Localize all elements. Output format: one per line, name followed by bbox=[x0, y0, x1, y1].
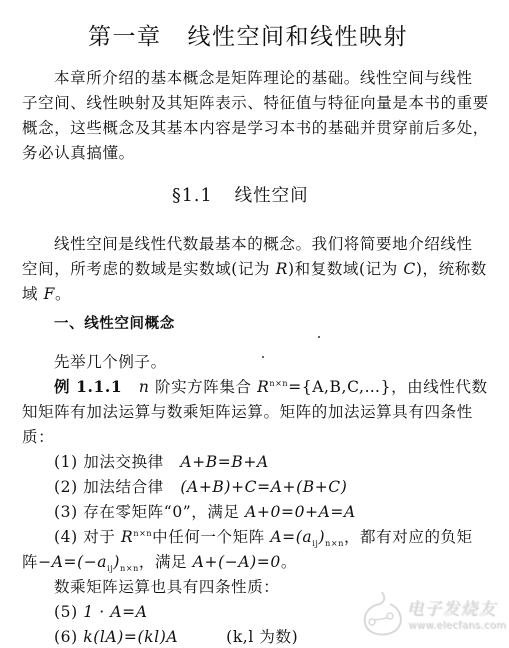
section-para-line-2: 空间，所考虑的数域是实数域(记为 R)和复数域(记为 C)，统称数 bbox=[22, 259, 487, 279]
text-span: 中任何一个矩阵 bbox=[152, 528, 270, 546]
watermark: 电子发烧友 www.elecfans.com bbox=[360, 588, 505, 644]
property-4: (4) 对于 Rn×n中任何一个矩阵 A=(aij)n×n，都有对应的负矩 bbox=[54, 527, 473, 547]
property-number: (2) bbox=[54, 478, 78, 496]
text-span: 空间，所考虑的数域是实数域(记为 bbox=[22, 260, 276, 278]
section-title: §1.1线性空间 bbox=[172, 184, 309, 208]
subscript: n×n bbox=[325, 539, 344, 548]
text-span: 。 bbox=[281, 553, 297, 571]
intro-line-4: 务必认真搞懂。 bbox=[22, 143, 135, 163]
text-span: 阵 bbox=[22, 553, 38, 571]
example-line-1: 例 1.1.1 n 阶实方阵集合 Rn×n={A,B,C,…}，由线性代数 bbox=[54, 377, 488, 397]
property-6: (6) k(lA)=(kl)A(k,l 为数) bbox=[54, 627, 298, 647]
chapter-number: 第一章 bbox=[88, 24, 162, 50]
property-number: (5) bbox=[54, 603, 78, 621]
watermark-brand: 电子发烧友 bbox=[406, 594, 496, 619]
elecfans-logo-icon bbox=[360, 588, 404, 638]
section-para-line-3: 域 F。 bbox=[22, 284, 71, 304]
example-label: 例 1.1.1 bbox=[54, 377, 122, 396]
property-2: (2) 加法结合律 (A+B)+C=A+(B+C) bbox=[54, 477, 347, 497]
document-page: 第一章线性空间和线性映射 本章所介绍的基本概念是矩阵理论的基础。线性空间与线性 … bbox=[0, 0, 509, 648]
text-span: )，统称数 bbox=[416, 260, 487, 278]
math-R: R bbox=[257, 378, 269, 396]
math-F: F bbox=[44, 285, 55, 303]
math-formula: A=(a bbox=[270, 528, 312, 546]
section-para-line-1: 线性空间是线性代数最基本的概念。我们将简要地介绍线性 bbox=[54, 234, 473, 254]
scalar-intro: 数乘矩阵运算也具有四条性质： bbox=[54, 577, 279, 597]
intro-line-2: 子空间、线性映射及其矩阵表示、特征值与特征向量是本书的重要 bbox=[22, 93, 489, 113]
intro-line-3: 概念，这些概念及其基本内容是学习本书的基础并贯穿前后多处， bbox=[22, 118, 489, 138]
subheading: 一、线性空间概念 bbox=[54, 314, 175, 334]
property-name: 加法交换律 bbox=[83, 453, 164, 471]
example-line-2: 知矩阵有加法运算与数乘矩阵运算。矩阵的加法运算具有四条性 bbox=[22, 402, 473, 422]
property-1: (1) 加法交换律 A+B=B+A bbox=[54, 452, 269, 472]
scan-speck bbox=[318, 336, 320, 338]
property-formula: k(lA)=(kl)A bbox=[83, 628, 178, 646]
property-5: (5) 1 · A=A bbox=[54, 602, 148, 622]
property-note: (k,l 为数) bbox=[226, 628, 298, 646]
watermark-url: www.elecfans.com bbox=[408, 620, 506, 631]
property-formula: A+B=B+A bbox=[180, 453, 268, 471]
intro-line-1: 本章所介绍的基本概念是矩阵理论的基础。线性空间与线性 bbox=[54, 68, 473, 88]
superscript: n×n bbox=[269, 379, 288, 388]
section-name: 线性空间 bbox=[235, 186, 309, 206]
property-formula: (A+B)+C=A+(B+C) bbox=[180, 478, 347, 496]
math-C: C bbox=[403, 260, 415, 278]
math-formula: −A=(−a bbox=[38, 553, 107, 571]
subscript: n×n bbox=[120, 564, 139, 573]
property-number: (6) bbox=[54, 628, 78, 646]
property-4-continued: 阵−A=(−aij)n×n，满足 A+(−A)=0。 bbox=[22, 552, 297, 572]
math-n: n bbox=[139, 378, 150, 396]
property-number: (4) bbox=[54, 528, 78, 546]
text-span: 。 bbox=[55, 285, 71, 303]
lead-sentence: 先举几个例子。 bbox=[54, 352, 167, 372]
text-span: 对于 bbox=[83, 528, 121, 546]
text-span: ={A,B,C,…}，由线性代数 bbox=[288, 378, 487, 396]
example-line-3: 质： bbox=[22, 427, 54, 447]
superscript: n×n bbox=[133, 529, 152, 538]
property-formula: 1 · A=A bbox=[83, 603, 147, 621]
property-3: (3) 存在零矩阵“0”，满足 A+0=0+A=A bbox=[54, 502, 356, 522]
text-span: ，满足 bbox=[139, 553, 193, 571]
property-number: (1) bbox=[54, 453, 78, 471]
math-R: R bbox=[121, 528, 133, 546]
text-span: )和复数域(记为 bbox=[288, 260, 403, 278]
property-number: (3) bbox=[54, 503, 78, 521]
property-name: 存在零矩阵“0”，满足 bbox=[83, 503, 239, 521]
text-span: 阶实方阵集合 bbox=[149, 378, 257, 396]
chapter-title: 第一章线性空间和线性映射 bbox=[88, 22, 408, 52]
section-number: §1.1 bbox=[172, 186, 213, 206]
scan-speck bbox=[262, 356, 264, 358]
text-span: 域 bbox=[22, 285, 44, 303]
property-name: 加法结合律 bbox=[83, 478, 164, 496]
text-span: ，都有对应的负矩 bbox=[344, 528, 473, 546]
math-formula: A+(−A)=0 bbox=[193, 553, 281, 571]
chapter-name: 线性空间和线性映射 bbox=[188, 24, 409, 50]
math-R: R bbox=[276, 260, 288, 278]
property-formula: A+0=0+A=A bbox=[245, 503, 356, 521]
